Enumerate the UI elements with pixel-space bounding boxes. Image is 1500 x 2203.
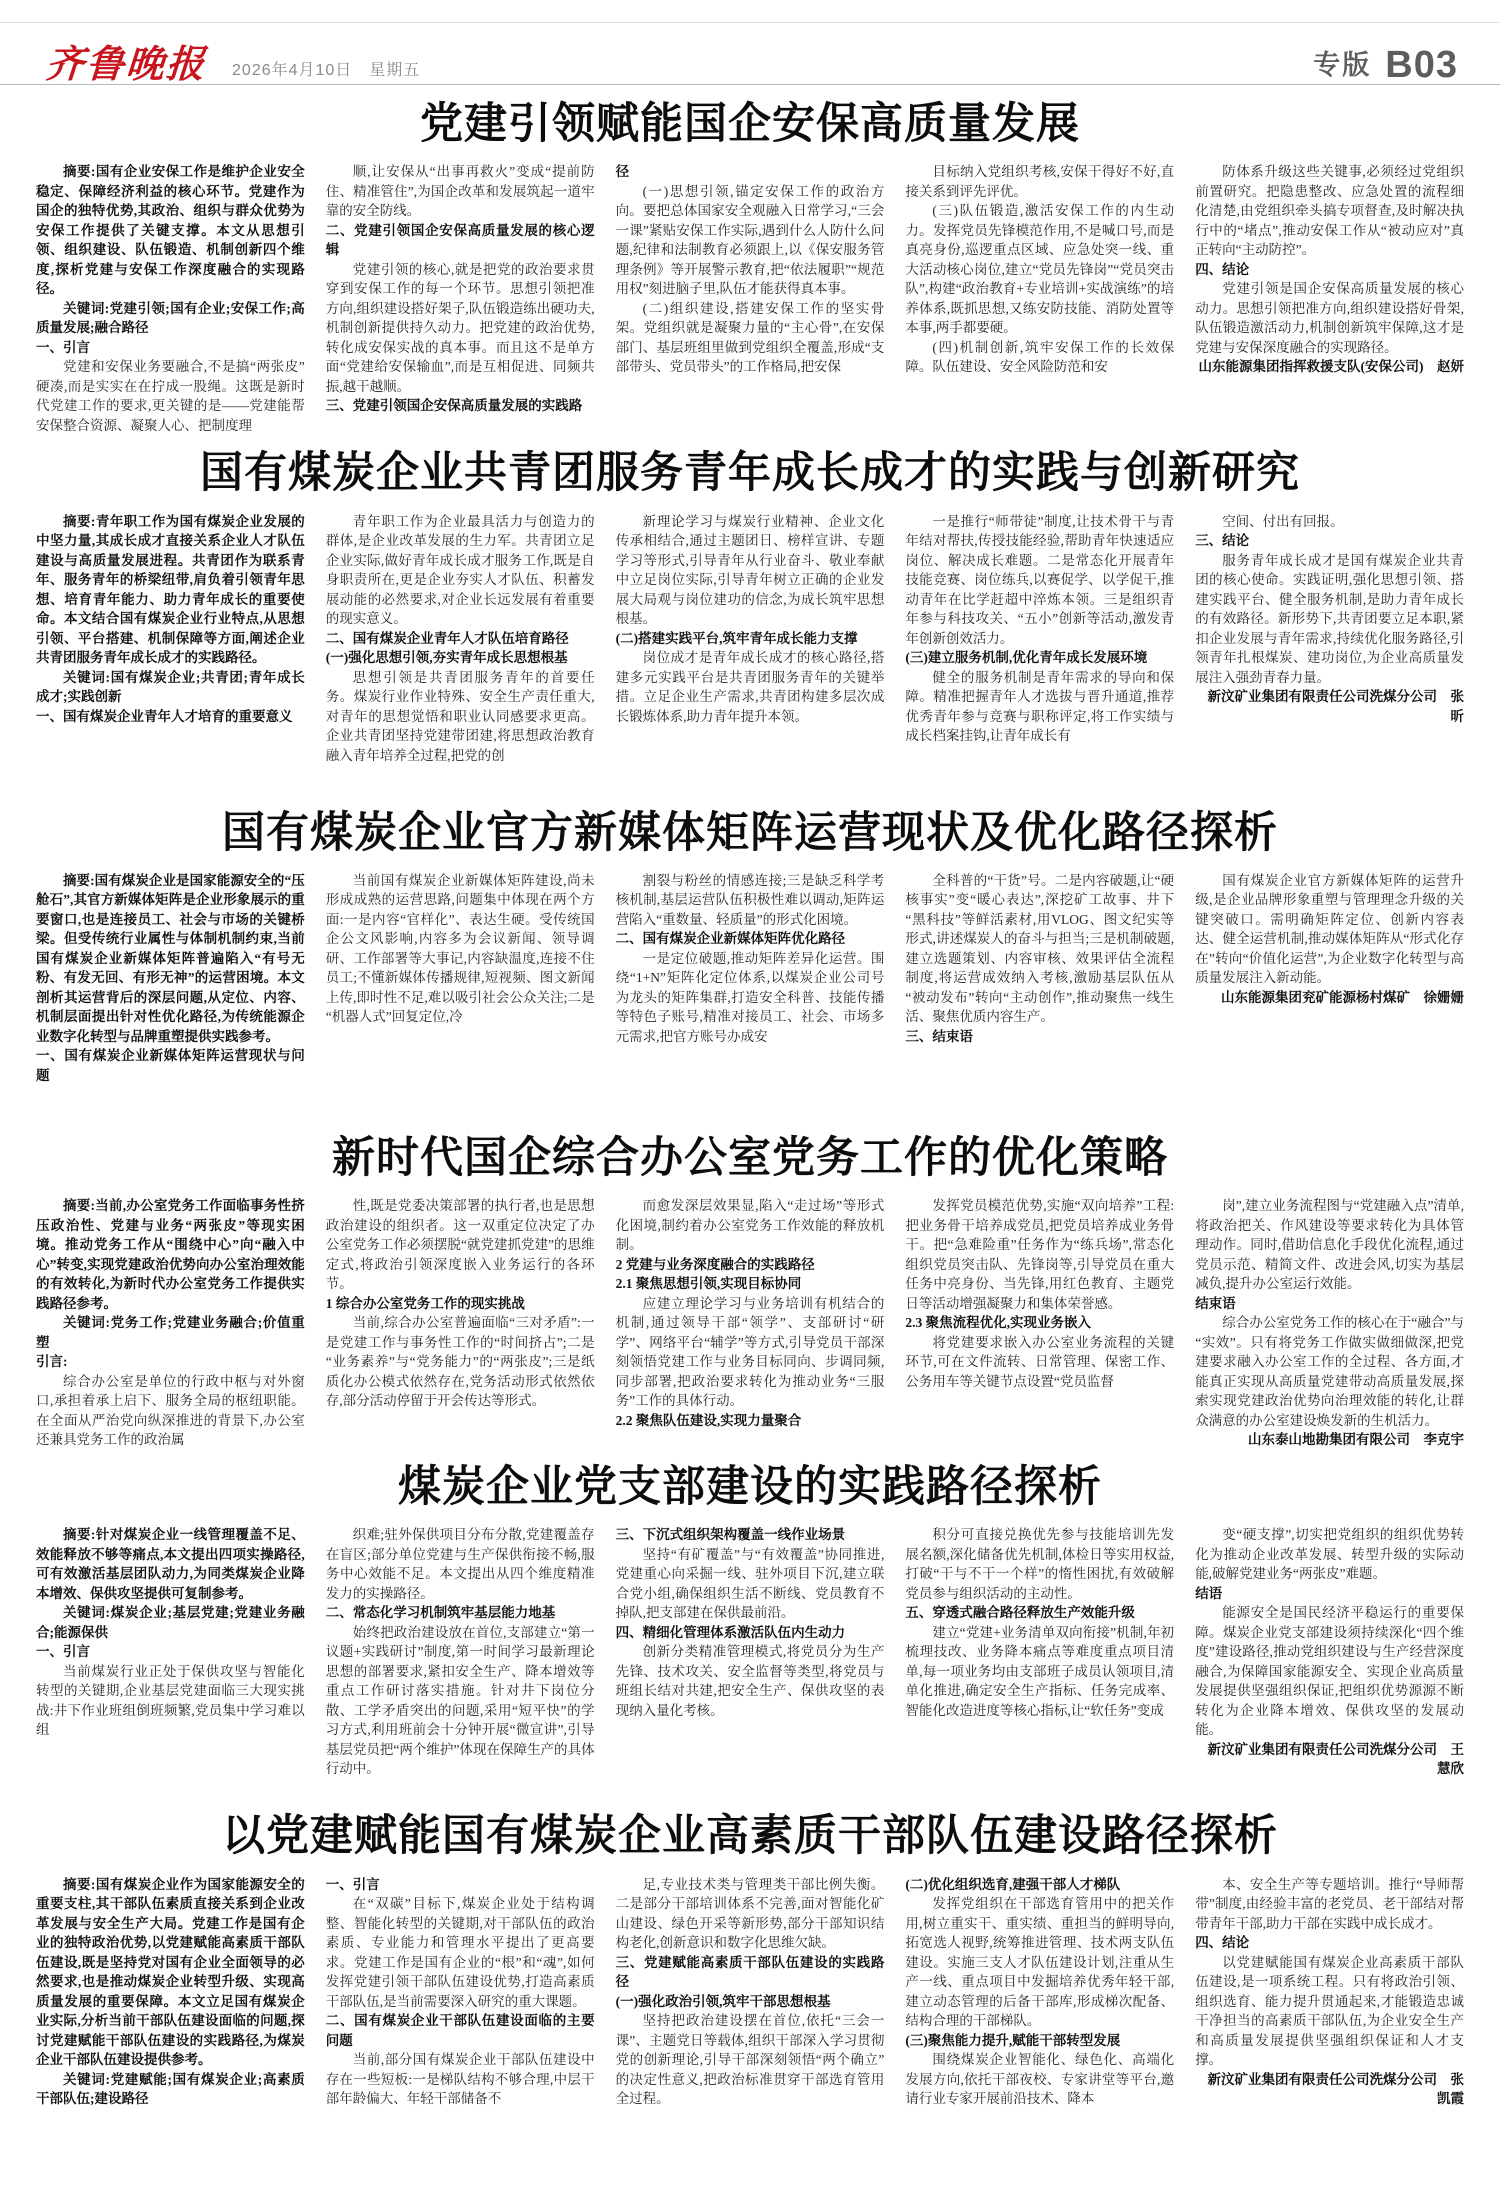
section-heading: 2.1 聚焦思想引领,实现目标协同 bbox=[616, 1274, 885, 1294]
body-paragraph: 本、安全生产等专题培训。推行“导师帮带”制度,由经验丰富的老党员、老干部结对帮带… bbox=[1195, 1875, 1464, 1934]
article-column: 发挥党员模范优势,实施“双向培养”工程:把业务骨干培养成党员,把党员培养成业务骨… bbox=[905, 1196, 1174, 1448]
article-columns: 摘要:国有煤炭企业是国家能源安全的“压舱石”,其官方新媒体矩阵是企业形象展示的重… bbox=[36, 871, 1464, 1119]
article-column: (二)优化组织选育,建强干部人才梯队发挥党组织在干部选育管用中的把关作用,树立重… bbox=[905, 1875, 1174, 2175]
body-paragraph: 健全的服务机制是青年需求的导向和保障。精准把握青年人才选拔与晋升通道,推荐优秀青… bbox=[905, 668, 1174, 746]
section-heading: 二、党建引领国企安保高质量发展的核心逻辑 bbox=[326, 221, 595, 260]
abstract-text: 摘要:针对煤炭企业一线管理覆盖不足、效能释放不够等痛点,本文提出四项实操路径,可… bbox=[36, 1525, 305, 1603]
body-paragraph: 将党建要求嵌入办公室业务流程的关键环节,可在文件流转、日常管理、保密工作、公务用… bbox=[905, 1333, 1174, 1392]
body-paragraph: 创新分类精准管理模式,将党员分为生产先锋、技术攻关、安全监督等类型,将党员与班组… bbox=[616, 1642, 885, 1720]
section-heading: 三、党建赋能高素质干部队伍建设的实践路径 bbox=[616, 1953, 885, 1992]
body-paragraph: 新理论学习与煤炭行业精神、企业文化传承相结合,通过主题团日、榜样宣讲、专题学习等… bbox=[616, 512, 885, 629]
body-paragraph: (一)思想引领,锚定安保工作的政治方向。要把总体国家安全观融入日常学习,“三会一… bbox=[616, 182, 885, 299]
article-column: 空间、付出有回报。三、结论服务青年成长成才是国有煤炭企业共青团的核心使命。实践证… bbox=[1195, 512, 1464, 794]
article-section: 国有煤炭企业官方新媒体矩阵运营现状及优化路径探析摘要:国有煤炭企业是国家能源安全… bbox=[0, 794, 1500, 1119]
newspaper-logo: 齐鲁晚报 bbox=[45, 46, 208, 84]
body-paragraph: 服务青年成长成才是国有煤炭企业共青团的核心使命。实践证明,强化思想引领、搭建实践… bbox=[1195, 551, 1464, 688]
body-paragraph: 而愈发深层效果显,陷入“走过场”等形式化困境,制约着办公室党务工作效能的释放机制… bbox=[616, 1196, 885, 1255]
body-paragraph: (二)组织建设,搭建安保工作的坚实骨架。党组织就是凝聚力量的“主心骨”,在安保部… bbox=[616, 299, 885, 377]
body-paragraph: 空间、付出有回报。 bbox=[1195, 512, 1464, 532]
keywords-text: 关键词:党务工作;党建业务融合;价值重塑 bbox=[36, 1313, 305, 1352]
abstract-text: 摘要:国有企业安保工作是维护企业安全稳定、保障经济利益的核心环节。党建作为国企的… bbox=[36, 162, 305, 299]
article-column: 摘要:当前,办公室党务工作面临事务性挤压政治性、党建与业务“两张皮”等现实困境。… bbox=[36, 1196, 305, 1448]
section-heading: (二)优化组织选育,建强干部人才梯队 bbox=[905, 1875, 1174, 1895]
article-column: 摘要:青年职工作为国有煤炭企业发展的中坚力量,其成长成才直接关系企业人才队伍建设… bbox=[36, 512, 305, 794]
masthead: 齐鲁晚报 2026年4月10日 星期五 专版 B03 bbox=[0, 0, 1500, 84]
body-paragraph: 发挥党员模范优势,实施“双向培养”工程:把业务骨干培养成党员,把党员培养成业务骨… bbox=[905, 1196, 1174, 1313]
body-paragraph: 变“硬支撑”,切实把党组织的组织优势转化为推动企业改革发展、转型升级的实际动能,… bbox=[1195, 1525, 1464, 1584]
abstract-text: 摘要:国有煤炭企业作为国家能源安全的重要支柱,其干部队伍素质直接关系到企业改革发… bbox=[36, 1875, 305, 2070]
body-paragraph: 能源安全是国民经济平稳运行的重要保障。煤炭企业党支部建设须持续深化“四个维度”建… bbox=[1195, 1603, 1464, 1740]
section-heading: (一)强化政治引领,筑牢干部思想根基 bbox=[616, 1992, 885, 2012]
body-paragraph: 国有煤炭企业官方新媒体矩阵的运营升级,是企业品牌形象重塑与管理理念升级的关键突破… bbox=[1195, 871, 1464, 988]
body-paragraph: 防体系升级这些关键事,必须经过党组织前置研究。把隐患整改、应急处置的流程细化清楚… bbox=[1195, 162, 1464, 260]
articles-container: 党建引领赋能国企安保高质量发展摘要:国有企业安保工作是维护企业安全稳定、保障经济… bbox=[0, 85, 1500, 2175]
section-heading: 引言: bbox=[36, 1352, 305, 1372]
article-column: 摘要:国有企业安保工作是维护企业安全稳定、保障经济利益的核心环节。党建作为国企的… bbox=[36, 162, 305, 434]
article-columns: 摘要:针对煤炭企业一线管理覆盖不足、效能释放不够等痛点,本文提出四项实操路径,可… bbox=[36, 1525, 1464, 1797]
body-paragraph: 割裂与粉丝的情感连接;三是缺乏科学考核机制,基层运营队伍积极性难以调动,矩阵运营… bbox=[616, 871, 885, 930]
byline: 山东泰山地勘集团有限公司 李克宇 bbox=[1195, 1430, 1464, 1448]
body-paragraph: 坚持“有矿覆盖”与“有效覆盖”协同推进,党建重心向采掘一线、驻外项目下沉,建立联… bbox=[616, 1545, 885, 1623]
body-paragraph: 当前煤炭行业正处于保供攻坚与智能化转型的关键期,企业基层党建面临三大现实挑战:井… bbox=[36, 1662, 305, 1740]
section-heading: 2.3 聚焦流程优化,实现业务嵌入 bbox=[905, 1313, 1174, 1333]
section-heading: 2.2 聚焦队伍建设,实现力量聚合 bbox=[616, 1411, 885, 1431]
section-heading: 四、结论 bbox=[1195, 1933, 1464, 1953]
section-heading: 1 综合办公室党务工作的现实挑战 bbox=[326, 1294, 595, 1314]
body-paragraph: (四)机制创新,筑牢安保工作的长效保障。队伍建设、安全风险防范和安 bbox=[905, 338, 1174, 377]
byline: 新汶矿业集团有限责任公司洗煤分公司 王慧欣 bbox=[1195, 1740, 1464, 1779]
section-heading: 径 bbox=[616, 162, 885, 182]
body-paragraph: 发挥党组织在干部选育管用中的把关作用,树立重实干、重实绩、重担当的鲜明导向,拓宽… bbox=[905, 1894, 1174, 2031]
article-column: 摘要:国有煤炭企业是国家能源安全的“压舱石”,其官方新媒体矩阵是企业形象展示的重… bbox=[36, 871, 305, 1119]
edition-label: 专版 bbox=[1313, 43, 1371, 84]
body-paragraph: 党建引领的核心,就是把党的政治要求贯穿到安保工作的每一个环节。思想引领把准方向,… bbox=[326, 260, 595, 397]
section-heading: 一、国有煤炭企业青年人才培育的重要意义 bbox=[36, 707, 305, 727]
keywords-text: 关键词:党建赋能;国有煤炭企业;高素质干部队伍;建设路径 bbox=[36, 2070, 305, 2109]
section-heading: 四、结论 bbox=[1195, 260, 1464, 280]
section-heading: (三)聚焦能力提升,赋能干部转型发展 bbox=[905, 2031, 1174, 2051]
article-column: 摘要:国有煤炭企业作为国家能源安全的重要支柱,其干部队伍素质直接关系到企业改革发… bbox=[36, 1875, 305, 2175]
body-paragraph: 综合办公室是单位的行政中枢与对外窗口,承担着承上启下、服务全局的枢纽职能。在全面… bbox=[36, 1372, 305, 1449]
body-paragraph: 思想引领是共青团服务青年的首要任务。煤炭行业作业特殊、安全生产责任重大,对青年的… bbox=[326, 668, 595, 766]
section-heading: 三、结束语 bbox=[905, 1027, 1174, 1047]
article-column: 而愈发深层效果显,陷入“走过场”等形式化困境,制约着办公室党务工作效能的释放机制… bbox=[616, 1196, 885, 1448]
body-paragraph: 顺,让安保从“出事再救火”变成“提前防住、精准管住”,为国企改革和发展筑起一道牢… bbox=[326, 162, 595, 221]
body-paragraph: 应建立理论学习与业务培训有机结合的机制,通过领导干部“领学”、支部研讨“研学”、… bbox=[616, 1294, 885, 1411]
article-columns: 摘要:国有企业安保工作是维护企业安全稳定、保障经济利益的核心环节。党建作为国企的… bbox=[36, 162, 1464, 434]
body-paragraph: 岗”,建立业务流程图与“党建融入点”清单,将政治把关、作风建设等要求转化为具体管… bbox=[1195, 1196, 1464, 1294]
keywords-text: 关键词:党建引领;国有企业;安保工作;高质量发展;融合路径 bbox=[36, 299, 305, 338]
abstract-text: 摘要:当前,办公室党务工作面临事务性挤压政治性、党建与业务“两张皮”等现实困境。… bbox=[36, 1196, 305, 1313]
body-paragraph: 当前,部分国有煤炭企业干部队伍建设中存在一些短板:一是梯队结构不够合理,中层干部… bbox=[326, 2050, 595, 2109]
byline: 山东能源集团兖矿能源杨村煤矿 徐姗姗 bbox=[1195, 988, 1464, 1008]
body-paragraph: (三)队伍锻造,激活安保工作的内生动力。发挥党员先锋模范作用,不是喊口号,而是真… bbox=[905, 201, 1174, 338]
article-columns: 摘要:国有煤炭企业作为国家能源安全的重要支柱,其干部队伍素质直接关系到企业改革发… bbox=[36, 1875, 1464, 2175]
article-column: 性,既是党委决策部署的执行者,也是思想政治建设的组织者。这一双重定位决定了办公室… bbox=[326, 1196, 595, 1448]
body-paragraph: 性,既是党委决策部署的执行者,也是思想政治建设的组织者。这一双重定位决定了办公室… bbox=[326, 1196, 595, 1294]
section-heading: 一、引言 bbox=[36, 338, 305, 358]
newspaper-page: 齐鲁晚报 2026年4月10日 星期五 专版 B03 党建引领赋能国企安保高质量… bbox=[0, 0, 1500, 2203]
article-section: 以党建赋能国有煤炭企业高素质干部队伍建设路径探析摘要:国有煤炭企业作为国家能源安… bbox=[0, 1797, 1500, 2174]
section-heading: 一、引言 bbox=[326, 1875, 595, 1895]
article-column: 一是推行“师带徒”制度,让技术骨干与青年结对帮扶,传授技能经验,帮助青年快速适应… bbox=[905, 512, 1174, 794]
section-heading: 结束语 bbox=[1195, 1294, 1464, 1314]
masthead-date: 2026年4月10日 星期五 bbox=[232, 57, 420, 84]
section-heading: (三)建立服务机制,优化青年成长发展环境 bbox=[905, 648, 1174, 668]
body-paragraph: 以党建赋能国有煤炭企业高素质干部队伍建设,是一项系统工程。只有将政治引领、组织选… bbox=[1195, 1953, 1464, 2070]
article-columns: 摘要:青年职工作为国有煤炭企业发展的中坚力量,其成长成才直接关系企业人才队伍建设… bbox=[36, 512, 1464, 794]
article-column: 径(一)思想引领,锚定安保工作的政治方向。要把总体国家安全观融入日常学习,“三会… bbox=[616, 162, 885, 434]
article-column: 目标纳入党组织考核,安保干得好不好,直接关系到评先评优。(三)队伍锻造,激活安保… bbox=[905, 162, 1174, 434]
article-column: 割裂与粉丝的情感连接;三是缺乏科学考核机制,基层运营队伍积极性难以调动,矩阵运营… bbox=[616, 871, 885, 1119]
body-paragraph: 目标纳入党组织考核,安保干得好不好,直接关系到评先评优。 bbox=[905, 162, 1174, 201]
article-title: 煤炭企业党支部建设的实践路径探析 bbox=[36, 1464, 1464, 1511]
article-title: 党建引领赋能国企安保高质量发展 bbox=[36, 101, 1464, 148]
section-heading: 2 党建与业务深度融合的实践路径 bbox=[616, 1255, 885, 1275]
article-column: 防体系升级这些关键事,必须经过党组织前置研究。把隐患整改、应急处置的流程细化清楚… bbox=[1195, 162, 1464, 434]
body-paragraph: 当前,综合办公室普遍面临“三对矛盾”:一是党建工作与事务性工作的“时间挤占”;二… bbox=[326, 1313, 595, 1411]
article-title: 国有煤炭企业官方新媒体矩阵运营现状及优化路径探析 bbox=[36, 810, 1464, 857]
abstract-text: 摘要:国有煤炭企业是国家能源安全的“压舱石”,其官方新媒体矩阵是企业形象展示的重… bbox=[36, 871, 305, 1047]
body-paragraph: 围绕煤炭企业智能化、绿色化、高端化发展方向,依托干部夜校、专家讲堂等平台,邀请行… bbox=[905, 2050, 1174, 2109]
article-section: 新时代国企综合办公室党务工作的优化策略摘要:当前,办公室党务工作面临事务性挤压政… bbox=[0, 1119, 1500, 1448]
top-rule bbox=[0, 22, 1500, 23]
article-column: 国有煤炭企业官方新媒体矩阵的运营升级,是企业品牌形象重塑与管理理念升级的关键突破… bbox=[1195, 871, 1464, 1119]
section-heading: 五、穿透式融合路径释放生产效能升级 bbox=[905, 1603, 1174, 1623]
body-paragraph: 足,专业技术类与管理类干部比例失衡。二是部分干部培训体系不完善,面对智能化矿山建… bbox=[616, 1875, 885, 1953]
section-heading: 四、精细化管理体系激活队伍内生动力 bbox=[616, 1623, 885, 1643]
body-paragraph: 在“双碳”目标下,煤炭企业处于结构调整、智能化转型的关键期,对干部队伍的政治素质… bbox=[326, 1894, 595, 2011]
body-paragraph: 全科普的“干货”号。二是内容破题,让“硬核事实”变“暖心表达”,深挖矿工故事、井… bbox=[905, 871, 1174, 1027]
body-paragraph: 综合办公室党务工作的核心在于“融合”与“实效”。只有将党务工作做实做细做深,把党… bbox=[1195, 1313, 1464, 1430]
article-column: 足,专业技术类与管理类干部比例失衡。二是部分干部培训体系不完善,面对智能化矿山建… bbox=[616, 1875, 885, 2175]
article-column: 织难;驻外保供项目分布分散,党建覆盖存在盲区;部分单位党建与生产保供衔接不畅,服… bbox=[326, 1525, 595, 1797]
section-heading: 三、下沉式组织架构覆盖一线作业场景 bbox=[616, 1525, 885, 1545]
body-paragraph: 一是定位破题,推动矩阵差异化运营。围绕“1+N”矩阵化定位体系,以煤炭企业公司号… bbox=[616, 949, 885, 1047]
section-heading: 二、国有煤炭企业新媒体矩阵优化路径 bbox=[616, 929, 885, 949]
article-column: 全科普的“干货”号。二是内容破题,让“硬核事实”变“暖心表达”,深挖矿工故事、井… bbox=[905, 871, 1174, 1119]
body-paragraph: 党建和安保业务要融合,不是搞“两张皮”硬凑,而是实实在在拧成一股绳。这既是新时代… bbox=[36, 357, 305, 434]
byline: 山东能源集团指挥救援支队(安保公司) 赵妍 bbox=[1195, 357, 1464, 377]
body-paragraph: 建立“党建+业务清单双向衔接”机制,年初梳理技改、业务降本痛点等难度重点项目清单… bbox=[905, 1623, 1174, 1721]
body-paragraph: 青年职工作为企业最具活力与创造力的群体,是企业改革发展的生力军。共青团立足企业实… bbox=[326, 512, 595, 629]
article-section: 党建引领赋能国企安保高质量发展摘要:国有企业安保工作是维护企业安全稳定、保障经济… bbox=[0, 85, 1500, 434]
section-heading: 一、国有煤炭企业新媒体矩阵运营现状与问题 bbox=[36, 1046, 305, 1085]
article-section: 煤炭企业党支部建设的实践路径探析摘要:针对煤炭企业一线管理覆盖不足、效能释放不够… bbox=[0, 1448, 1500, 1797]
section-heading: 一、引言 bbox=[36, 1642, 305, 1662]
article-column: 岗”,建立业务流程图与“党建融入点”清单,将政治把关、作风建设等要求转化为具体管… bbox=[1195, 1196, 1464, 1448]
article-column: 变“硬支撑”,切实把党组织的组织优势转化为推动企业改革发展、转型升级的实际动能,… bbox=[1195, 1525, 1464, 1797]
body-paragraph: 织难;驻外保供项目分布分散,党建覆盖存在盲区;部分单位党建与生产保供衔接不畅,服… bbox=[326, 1525, 595, 1603]
article-section: 国有煤炭企业共青团服务青年成长成才的实践与创新研究摘要:青年职工作为国有煤炭企业… bbox=[0, 434, 1500, 793]
article-columns: 摘要:当前,办公室党务工作面临事务性挤压政治性、党建与业务“两张皮”等现实困境。… bbox=[36, 1196, 1464, 1448]
section-heading: 二、常态化学习机制筑牢基层能力地基 bbox=[326, 1603, 595, 1623]
body-paragraph: 一是推行“师带徒”制度,让技术骨干与青年结对帮扶,传授技能经验,帮助青年快速适应… bbox=[905, 512, 1174, 649]
section-heading: (二)搭建实践平台,筑牢青年成长能力支撑 bbox=[616, 629, 885, 649]
article-column: 新理论学习与煤炭行业精神、企业文化传承相结合,通过主题团日、榜样宣讲、专题学习等… bbox=[616, 512, 885, 794]
article-column: 三、下沉式组织架构覆盖一线作业场景坚持“有矿覆盖”与“有效覆盖”协同推进,党建重… bbox=[616, 1525, 885, 1797]
byline: 新汶矿业集团有限责任公司洗煤分公司 张凯霞 bbox=[1195, 2070, 1464, 2109]
article-column: 一、引言在“双碳”目标下,煤炭企业处于结构调整、智能化转型的关键期,对干部队伍的… bbox=[326, 1875, 595, 2175]
body-paragraph: 岗位成才是青年成长成才的核心路径,搭建多元实践平台是共青团服务青年的关键举措。立… bbox=[616, 648, 885, 726]
article-title: 国有煤炭企业共青团服务青年成长成才的实践与创新研究 bbox=[36, 450, 1464, 497]
article-column: 当前国有煤炭企业新媒体矩阵建设,尚未形成成熟的运营思路,问题集中体现在两个方面:… bbox=[326, 871, 595, 1119]
article-column: 摘要:针对煤炭企业一线管理覆盖不足、效能释放不够等痛点,本文提出四项实操路径,可… bbox=[36, 1525, 305, 1797]
body-paragraph: 坚持把政治建设摆在首位,依托“三会一课”、主题党日等载体,组织干部深入学习贯彻党… bbox=[616, 2011, 885, 2109]
masthead-edition-block: 专版 B03 bbox=[1313, 43, 1458, 84]
page-number: B03 bbox=[1385, 46, 1458, 84]
section-heading: 结语 bbox=[1195, 1584, 1464, 1604]
keywords-text: 关键词:煤炭企业;基层党建;党建业务融合;能源保供 bbox=[36, 1603, 305, 1642]
article-column: 本、安全生产等专题培训。推行“导师帮带”制度,由经验丰富的老党员、老干部结对帮带… bbox=[1195, 1875, 1464, 2175]
section-heading: 三、党建引领国企安保高质量发展的实践路 bbox=[326, 396, 595, 416]
section-heading: 二、国有煤炭企业青年人才队伍培育路径 bbox=[326, 629, 595, 649]
section-heading: 三、结论 bbox=[1195, 531, 1464, 551]
body-paragraph: 始终把政治建设放在首位,支部建立“第一议题+实践研讨”制度,第一时间学习最新理论… bbox=[326, 1623, 595, 1779]
byline: 新汶矿业集团有限责任公司洗煤分公司 张昕 bbox=[1195, 687, 1464, 726]
article-column: 青年职工作为企业最具活力与创造力的群体,是企业改革发展的生力军。共青团立足企业实… bbox=[326, 512, 595, 794]
keywords-text: 关键词:国有煤炭企业;共青团;青年成长成才;实践创新 bbox=[36, 668, 305, 707]
abstract-text: 摘要:青年职工作为国有煤炭企业发展的中坚力量,其成长成才直接关系企业人才队伍建设… bbox=[36, 512, 305, 668]
article-column: 顺,让安保从“出事再救火”变成“提前防住、精准管住”,为国企改革和发展筑起一道牢… bbox=[326, 162, 595, 434]
body-paragraph: 积分可直接兑换优先参与技能培训先发展名额,深化储备优先机制,体检日等实用权益,打… bbox=[905, 1525, 1174, 1603]
article-title: 以党建赋能国有煤炭企业高素质干部队伍建设路径探析 bbox=[36, 1813, 1464, 1860]
article-column: 积分可直接兑换优先参与技能培训先发展名额,深化储备优先机制,体检日等实用权益,打… bbox=[905, 1525, 1174, 1797]
body-paragraph: 当前国有煤炭企业新媒体矩阵建设,尚未形成成熟的运营思路,问题集中体现在两个方面:… bbox=[326, 871, 595, 1027]
section-heading: (一)强化思想引领,夯实青年成长思想根基 bbox=[326, 648, 595, 668]
body-paragraph: 党建引领是国企安保高质量发展的核心动力。思想引领把准方向,组织建设搭好骨架,队伍… bbox=[1195, 279, 1464, 357]
section-heading: 二、国有煤炭企业干部队伍建设面临的主要问题 bbox=[326, 2011, 595, 2050]
article-title: 新时代国企综合办公室党务工作的优化策略 bbox=[36, 1135, 1464, 1182]
